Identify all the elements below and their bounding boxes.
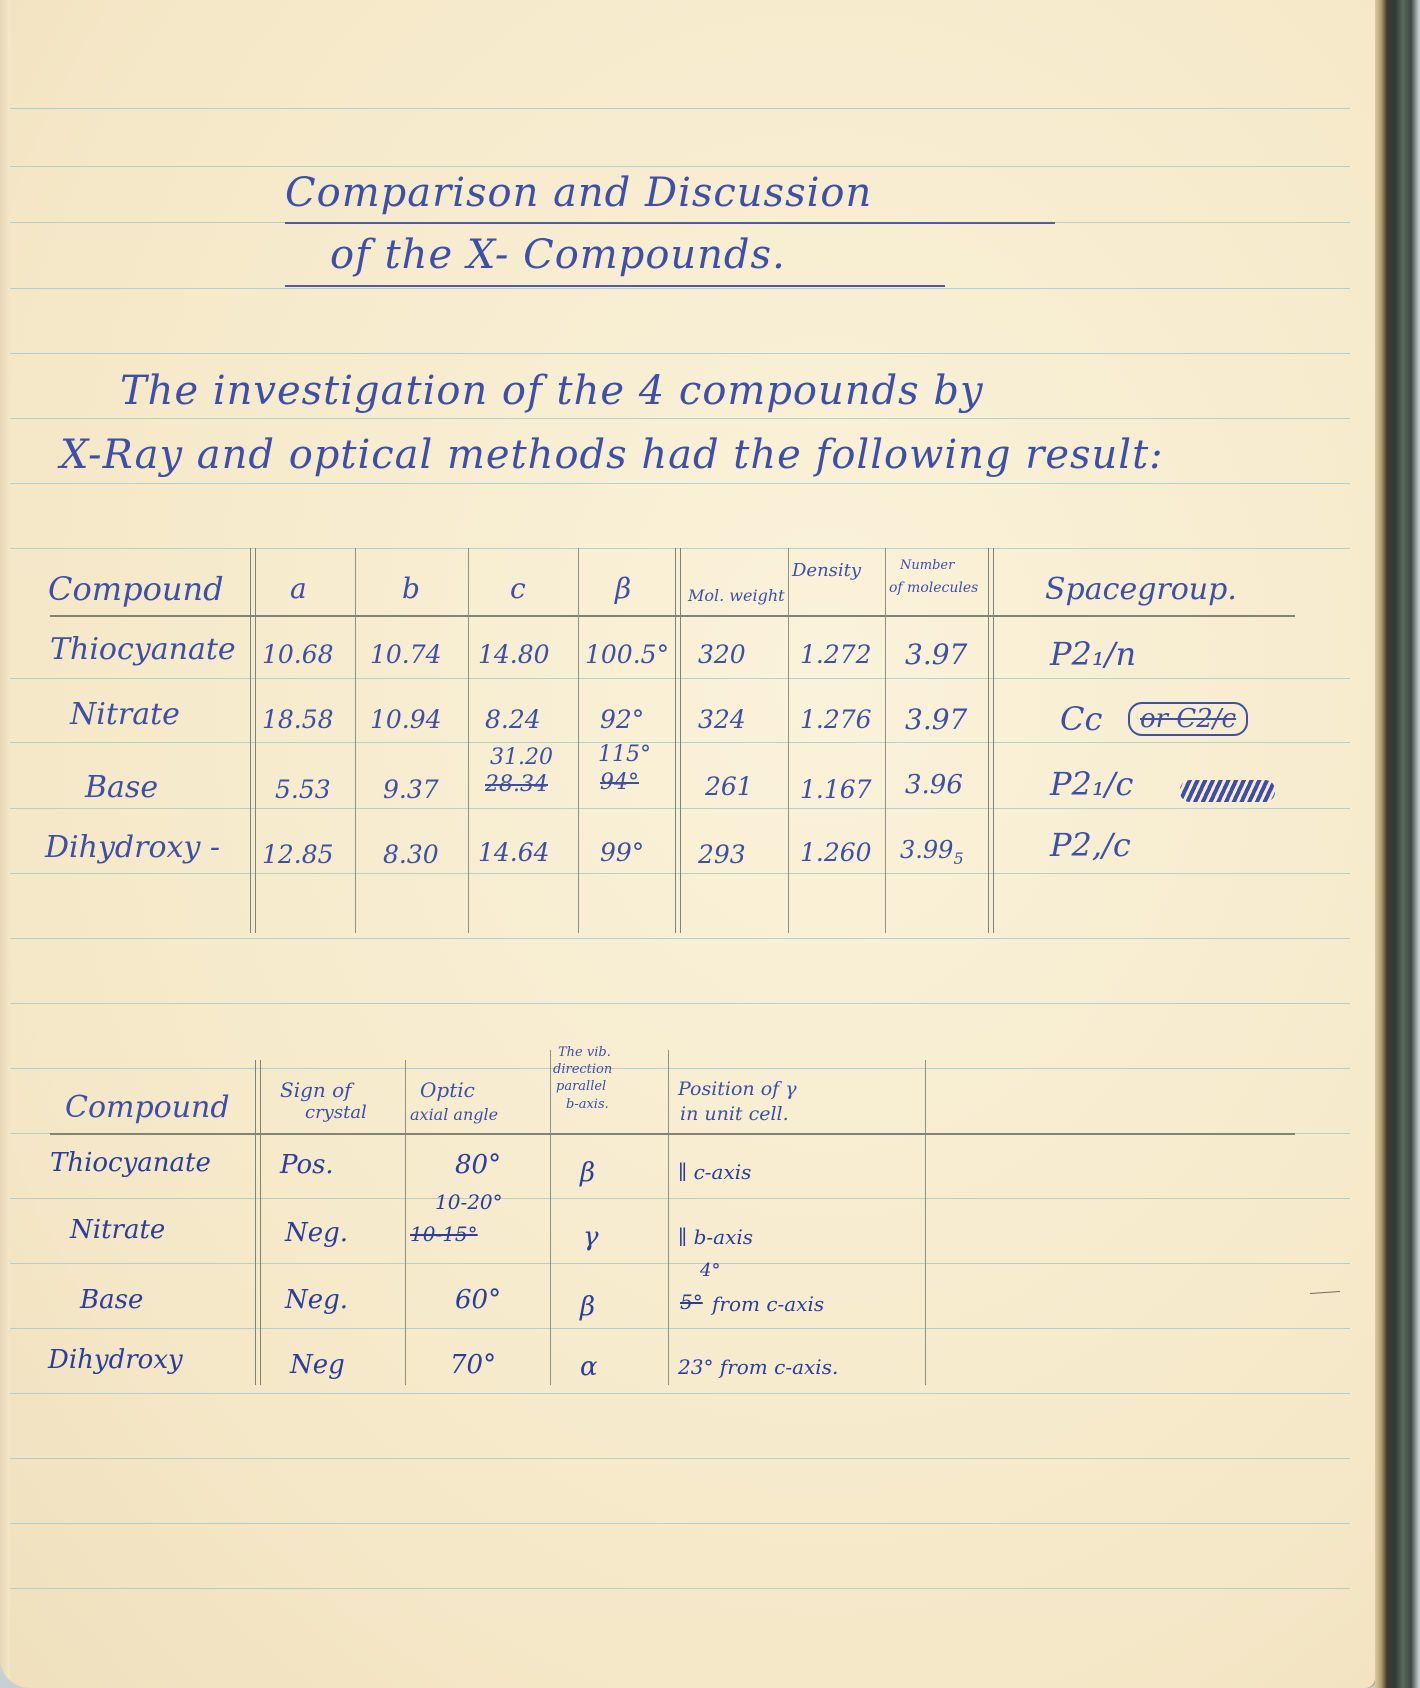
ruled-line: [10, 1068, 1350, 1069]
ruled-line: [10, 1393, 1350, 1394]
table-divider: [788, 548, 789, 933]
t2-cell-vib: α: [580, 1352, 598, 1382]
t2-cell-vib: β: [580, 1158, 595, 1188]
t2-cell-vib: γ: [583, 1222, 599, 1252]
table-header-rule: [50, 1133, 1295, 1135]
t2-row-compound: Dihydroxy: [48, 1345, 183, 1375]
t1-cell-b: 8.30: [383, 840, 439, 869]
t2-header-compound: Compound: [65, 1090, 230, 1125]
ruled-line: [10, 1198, 1350, 1199]
t2-header-crystal: crystal: [305, 1102, 367, 1123]
t1-cell-density: 1.260: [800, 838, 872, 867]
t1-header-beta: β: [615, 572, 631, 605]
t2-cell-optic-corrected: 10-20°: [435, 1190, 503, 1214]
t2-header-unit-cell: in unit cell.: [680, 1103, 789, 1125]
t1-row-compound: Thiocyanate: [50, 632, 236, 667]
t1-cell-a: 10.68: [262, 640, 334, 669]
t2-row-compound: Nitrate: [70, 1215, 165, 1245]
t2-cell-optic: 70°: [450, 1350, 496, 1380]
t2-header-axial-angle: axial angle: [410, 1105, 498, 1124]
t2-cell-optic-struck: 10-15°: [410, 1222, 478, 1246]
t1-cell-a: 5.53: [275, 775, 331, 804]
title-underline: [285, 222, 1055, 224]
ruled-line: [10, 288, 1350, 289]
table-divider: [668, 1050, 669, 1385]
t1-cell-spacegroup: P2₁/c: [1050, 765, 1133, 803]
table-divider: [675, 548, 681, 933]
table-divider: [355, 548, 356, 933]
t1-cell-beta-corrected: 115°: [598, 742, 651, 767]
t1-row-compound: Dihydroxy -: [45, 830, 220, 865]
t2-row-compound: Thiocyanate: [50, 1148, 211, 1178]
t1-cell-mol-weight: 324: [698, 705, 746, 734]
ruled-line: [10, 483, 1350, 484]
t1-cell-beta: 92°: [600, 705, 644, 734]
t1-header-mol-weight: Mol. weight: [688, 586, 785, 605]
ruled-line: [10, 418, 1350, 419]
ruled-line: [10, 1003, 1350, 1004]
t1-header-compound: Compound: [48, 570, 224, 608]
notebook-page: Comparison and Discussion of the X- Comp…: [0, 0, 1375, 1688]
t2-header-position: Position of γ: [678, 1078, 797, 1100]
t1-cell-spacegroup: P2₁/n: [1050, 635, 1136, 673]
table-divider: [405, 1060, 406, 1385]
t1-header-a: a: [290, 572, 307, 605]
t1-cell-c-corrected: 31.20: [490, 745, 553, 770]
table-divider: [550, 1050, 551, 1385]
t1-header-b: b: [402, 572, 420, 605]
t1-cell-beta-struck: 94°: [600, 770, 639, 795]
ruled-line: [10, 1523, 1350, 1524]
t1-cell-mol-weight: 320: [698, 640, 746, 669]
t2-header-sign: Sign of: [280, 1078, 352, 1102]
t1-cell-molecules: 3.97: [905, 703, 967, 736]
table-divider: [988, 548, 994, 933]
table-divider: [925, 1060, 926, 1385]
t1-cell-b: 10.94: [370, 705, 442, 734]
notebook-page-edges: [1375, 0, 1420, 1688]
t2-header-vib: The vib.: [558, 1045, 611, 1060]
t2-cell-sign: Neg: [290, 1350, 345, 1380]
t2-header-parallel: parallel: [556, 1079, 606, 1094]
t2-cell-optic: 60°: [455, 1285, 501, 1315]
t1-cell-c: 14.80: [478, 640, 550, 669]
t2-cell-optic: 80°: [455, 1150, 501, 1180]
title-underline: [285, 285, 945, 287]
t1-cell-a: 12.85: [262, 840, 334, 869]
t2-cell-sign: Neg.: [285, 1218, 348, 1248]
t2-cell-vib: β: [580, 1292, 595, 1322]
scribbled-out-text: [1180, 780, 1275, 802]
t2-cell-position: 23° from c-axis.: [678, 1355, 838, 1379]
molecules-value: 3.99: [900, 836, 953, 864]
t2-row-compound: Base: [80, 1285, 143, 1315]
table-divider: [250, 548, 256, 933]
t1-cell-molecules: 3.96: [905, 770, 963, 800]
page-gutter: [0, 0, 10, 1688]
t1-header-c: c: [510, 572, 526, 605]
t1-cell-beta: 99°: [600, 838, 644, 867]
ruled-line: [10, 938, 1350, 939]
t1-cell-b: 10.74: [370, 640, 442, 669]
t1-cell-a: 18.58: [262, 705, 334, 734]
t2-cell-position: ∥ c-axis: [678, 1160, 751, 1184]
t1-cell-b: 9.37: [383, 775, 439, 804]
t1-header-of-molecules: of molecules: [889, 580, 978, 596]
t1-cell-spacegroup-struck: or C2/c: [1128, 702, 1248, 736]
t1-cell-c: 8.24: [485, 705, 541, 734]
t1-header-number: Number: [900, 558, 954, 573]
ruled-line: [10, 166, 1350, 167]
t1-cell-spacegroup: P2,/c: [1050, 826, 1131, 864]
t2-cell-sign: Pos.: [280, 1150, 334, 1180]
ruled-line: [10, 1263, 1350, 1264]
t1-cell-spacegroup: Cc: [1060, 700, 1102, 738]
t1-header-density: Density: [792, 560, 861, 581]
table-divider: [468, 548, 469, 933]
t1-cell-density: 1.276: [800, 705, 872, 734]
table-divider: [885, 548, 886, 933]
page-title-line1: Comparison and Discussion: [285, 170, 872, 216]
ruled-line: [10, 1458, 1350, 1459]
intro-text-line1: The investigation of the 4 compounds by: [120, 368, 984, 414]
t2-cell-position: ∥ b-axis: [678, 1225, 753, 1249]
t1-header-spacegroup: Spacegroup.: [1045, 572, 1237, 607]
t2-header-direction: direction: [553, 1062, 612, 1077]
page-title-line2: of the X- Compounds.: [330, 232, 786, 278]
t2-cell-position-sup: 4°: [700, 1260, 720, 1281]
intro-text-line2: X-Ray and optical methods had the follow…: [60, 432, 1164, 478]
t1-cell-mol-weight: 293: [698, 840, 746, 869]
t2-cell-sign: Neg.: [285, 1285, 348, 1315]
ruled-line: [10, 353, 1350, 354]
t2-cell-position-struck: 5°: [680, 1290, 703, 1314]
t1-cell-molecules: 3.995: [900, 836, 964, 868]
t2-header-b-axis: b-axis.: [566, 1097, 609, 1112]
table-header-rule: [50, 615, 1295, 617]
t1-cell-beta: 100.5°: [585, 640, 669, 669]
molecules-subscript: 5: [953, 849, 963, 868]
t1-cell-mol-weight: 261: [705, 772, 753, 801]
t2-header-optic: Optic: [420, 1078, 475, 1102]
t1-row-compound: Nitrate: [70, 697, 180, 732]
t1-cell-density: 1.167: [800, 775, 872, 804]
t1-cell-molecules: 3.97: [905, 638, 967, 671]
table-divider: [578, 548, 579, 933]
t1-cell-c-struck: 28.34: [485, 772, 548, 797]
ruled-line: [10, 108, 1350, 109]
t1-cell-density: 1.272: [800, 640, 872, 669]
t1-row-compound: Base: [85, 770, 158, 805]
t1-cell-c: 14.64: [478, 838, 550, 867]
ruled-line: [10, 1328, 1350, 1329]
t2-cell-position: from c-axis: [712, 1292, 824, 1316]
table-divider: [255, 1060, 261, 1385]
ruled-line: [10, 1588, 1350, 1589]
stray-pencil-mark: [1310, 1291, 1340, 1294]
